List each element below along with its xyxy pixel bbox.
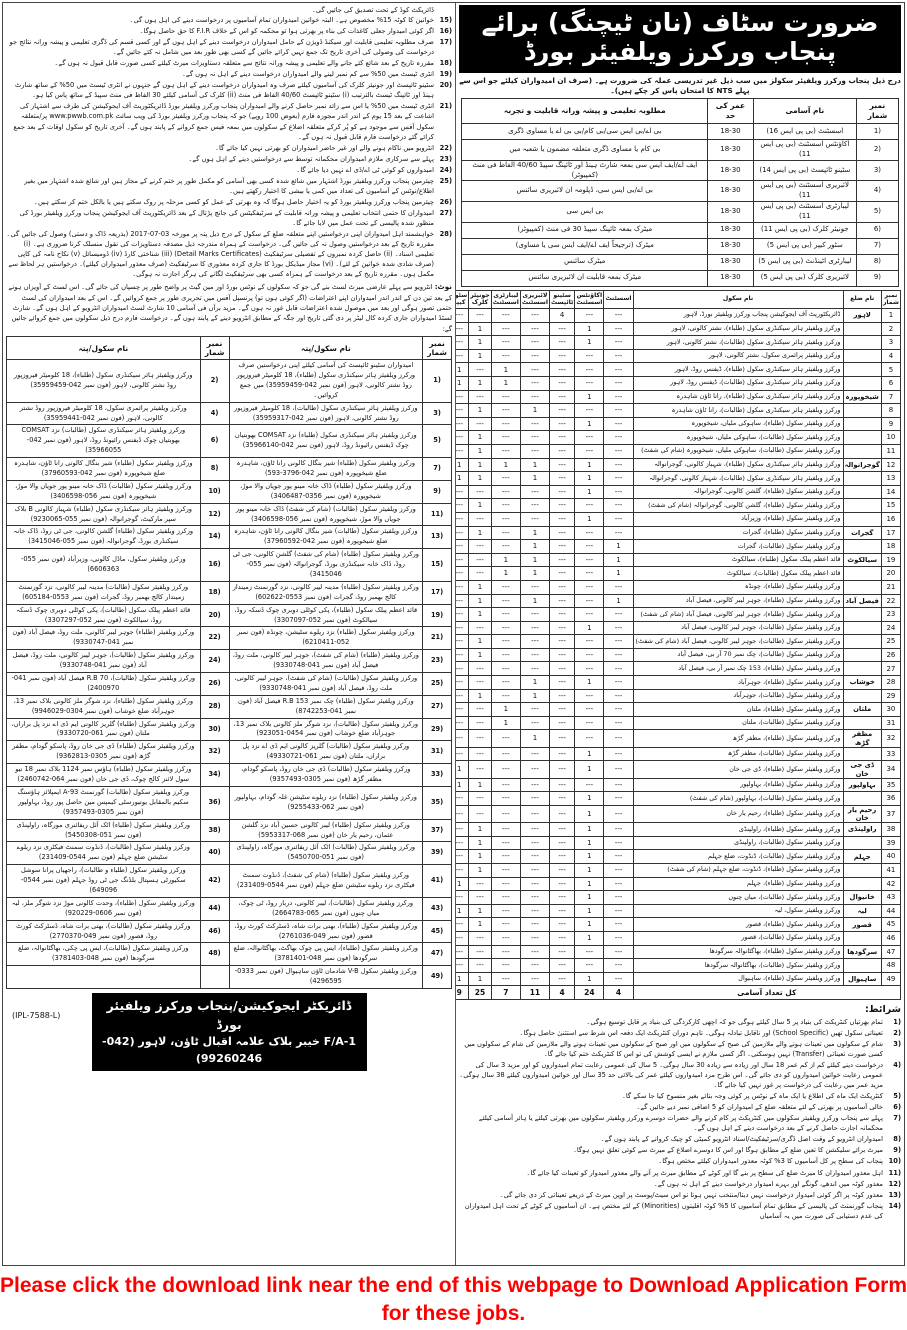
vac-count-4: --- (491, 850, 520, 864)
vacancy-row: 29ورکرز ویلفیئر سکول (طالبات)، جوہرآباد-… (455, 689, 901, 703)
vac-count-4: --- (491, 931, 520, 945)
left-column: ڈائریکٹ کوڈ کے تحت تصدیق کی جائیں گی۔ (1… (3, 3, 455, 1265)
vac-school: ورکرز ویلفیئر سکول (طالبات)، ڈنڈوت، ضلع … (633, 850, 843, 864)
conditions-list: (1تمام بھرتیاں کنٹریکٹ کی بنیاد پر 5 سال… (459, 1017, 901, 1221)
vac-count-1: 1 (575, 472, 604, 486)
vac-count-0: --- (604, 836, 633, 850)
vac-school: ورکرز ویلفیئر سکول (طلباء)، 153 چک نمبر … (633, 662, 843, 676)
vac-count-1: 1 (575, 972, 604, 986)
item-text: شام کے سکولوں میں تعینات ہونے والے ملازم… (459, 1039, 883, 1059)
addr-sr: (44 (200, 897, 229, 920)
addr-sr: (1 (423, 360, 452, 403)
vac-sr: 48 (881, 959, 900, 973)
vac-count-3: --- (520, 431, 549, 445)
vac-count-3: --- (520, 959, 549, 973)
addr-sr: (45 (423, 920, 452, 943)
post-qualification: میٹرک (ترجیحاً ایف اے/ایف ایس سی یا مساو… (462, 238, 708, 254)
addr-sr: (2 (200, 360, 229, 403)
post-age: 18-30 (708, 222, 753, 238)
school-address-table: نمبر شمارنام سکول/پتہنمبر شمارنام سکول/پ… (6, 336, 452, 989)
post-name: جونیئر کلرک (بی پی ایس 11) (753, 222, 857, 238)
vac-count-0: --- (604, 689, 633, 703)
vac-sr: 2 (881, 322, 900, 336)
vac-count-1: --- (575, 648, 604, 662)
vac-school: ورکرز ویلفیئر سکول (طلباء)، بھاگٹانوالہ … (633, 945, 843, 959)
vac-district (843, 836, 881, 850)
vac-count-5: 1 (469, 648, 492, 662)
post-qualification: میٹرک بمعہ ٹائپنگ سپیڈ 30 فی منٹ (کمپیوٹ… (462, 222, 708, 238)
vac-count-3: 1 (520, 594, 549, 608)
vac-school: ورکرز ویلفیئر سکول (طلباء)، ڈی جی خان (633, 761, 843, 778)
vac-count-2: --- (549, 850, 574, 864)
instruction-item: (19انٹری ٹیسٹ میں 50% سے کم نمبر لینے وا… (6, 69, 452, 79)
vacancy-row: 5ورکرز ویلفیئر ہائر سیکنڈری سکول (طلباء)… (455, 363, 901, 377)
vac-count-4: --- (491, 322, 520, 336)
vacancy-row: 42ورکرز ویلفیئر سکول (طلباء)، جہلم---1--… (455, 877, 901, 891)
post-age: 18-30 (708, 238, 753, 254)
vac-count-6: --- (455, 594, 469, 608)
item-text: تمام بھرتیاں کنٹریکٹ کی بنیاد پر 5 سال ک… (459, 1017, 883, 1027)
posts-header-row: نمبر شمارنام آسامیعمر کی حدمطلوبہ تعلیمی… (462, 98, 899, 123)
vac-count-5: --- (469, 703, 492, 717)
vac-count-4: --- (491, 778, 520, 792)
addr-sr: (18 (200, 581, 229, 604)
vac-school: ورکرز ویلفیئر پرائمری سکول، نشتر کالونی،… (633, 349, 843, 363)
addr-text: ورکرز ویلفیئر سکول (طلباء) چک نمبر R.B 1… (229, 695, 423, 718)
vac-count-1: --- (575, 444, 604, 458)
vac-count-1: 1 (575, 512, 604, 526)
vacancy-row: 21ورکرز ویلفیئر سکول (طلباء)، چونڈہ-----… (455, 580, 901, 594)
vac-school: ورکرز ویلفیئر سکول (طلباء)، ساہیوال (633, 972, 843, 986)
vac-count-1: --- (575, 349, 604, 363)
addr-sr: (29 (423, 718, 452, 741)
posts-header-qual: مطلوبہ تعلیمی و پیشہ ورانہ قابلیت و تجرب… (462, 98, 708, 123)
item-text: خالی آسامیوں پر بھرتی کے لئے متعلقہ ضلع … (459, 1102, 883, 1112)
vac-count-2: --- (549, 621, 574, 635)
vac-count-1: --- (575, 959, 604, 973)
vac-district (843, 662, 881, 676)
vacancy-row: 37رحیم یار خانورکرز ویلفیئر سکول (طلباء)… (455, 805, 901, 822)
vac-district (843, 608, 881, 622)
addr-sr: (15 (423, 549, 452, 582)
vac-count-2: --- (549, 761, 574, 778)
vac-count-5: 1 (469, 349, 492, 363)
vac-count-4: --- (491, 336, 520, 350)
address-row: (11ورکرز ویلفیئر سکول (طالبات) (شام کی ش… (7, 503, 452, 526)
vac-count-6: --- (455, 444, 469, 458)
vacancy-row: 25ورکرز ویلفیئر سکول (طالبات)، جوہر لیبر… (455, 635, 901, 649)
item-text: چیئرمین پنجاب ورکرز ویلفیئر بورڈ اشتہار … (6, 176, 434, 196)
addr-text: ورکرز ویلفیئر سکول (طلباء) مدینہ لیبر کا… (229, 581, 423, 604)
vac-total-count-2: 4 (549, 986, 574, 1000)
item-text: سٹینو ٹائپسٹ اور جونیئر کلرک کی آسامیوں … (6, 80, 434, 100)
vac-school: ورکرز ویلفیئر سکول (طالبات)، میاں چنوں (633, 891, 843, 905)
vacancy-row: 3ورکرز ویلفیئر ہائر سیکنڈری سکول (طالبات… (455, 336, 901, 350)
address-row: (41ورکرز ویلفیئر سکول (طلباء) (شام کی شف… (7, 865, 452, 898)
vac-count-6: --- (455, 730, 469, 747)
vac-school: ورکرز ویلفیئر سکول (طالبات)، بھاگٹانوالہ… (633, 959, 843, 973)
vac-count-1: --- (575, 309, 604, 323)
vac-count-4: --- (491, 512, 520, 526)
vac-school: ورکرز ویلفیئر سکول (طلباء)، رحیم یار خان (633, 805, 843, 822)
condition-item: (8امیدواران انٹرویو کے وقت اصل ڈگری/سرٹی… (459, 1134, 901, 1144)
vac-count-5: --- (469, 676, 492, 690)
vac-count-4: --- (491, 444, 520, 458)
vac-school: ورکرز ویلفیئر سکول (طالبات)، چک نمبر 70 … (633, 648, 843, 662)
vac-sr: 42 (881, 877, 900, 891)
vac-count-5: 1 (469, 972, 492, 986)
item-number: (17 (438, 37, 452, 57)
vac-count-2: --- (549, 891, 574, 905)
vac-count-0: --- (604, 877, 633, 891)
vac-count-4: 1 (491, 553, 520, 567)
vac-count-5: 1 (469, 458, 492, 472)
vac-count-2: --- (549, 322, 574, 336)
instruction-item: (28خواہشمند اہل امیدواران اپنی درخواستیں… (6, 229, 452, 279)
vac-sr: 28 (881, 676, 900, 690)
vac-total-count-1: 24 (575, 986, 604, 1000)
vacancy-row: 33ورکرز ویلفیئر سکول (طالبات)، مظفر گڑھ-… (455, 747, 901, 761)
vac-count-2: --- (549, 594, 574, 608)
address-row: (5ورکرز ویلفیئر ہائر سیکنڈری سکول (طلباء… (7, 425, 452, 458)
vac-school: ورکرز ویلفیئر سکول (طلباء)، گجرات (633, 526, 843, 540)
vac-count-0: --- (604, 499, 633, 513)
address-row: (3ورکرز ویلفیئر ہائر سیکنڈری سکول (طالبا… (7, 402, 452, 425)
conditions-section: شرائط: (1تمام بھرتیاں کنٹریکٹ کی بنیاد پ… (459, 1004, 901, 1221)
vac-count-6: --- (455, 805, 469, 822)
vac-count-5: --- (469, 553, 492, 567)
vac-district: بہاولپور (843, 778, 881, 792)
posts-row: (9لائبریری کلرک (بی پی ایس 5)18-30میٹرک … (462, 270, 899, 286)
post-qualification: بی کام یا مساوی ڈگری متعلقہ مضمون یا شعب… (462, 140, 708, 161)
item-number: (4 (887, 1060, 901, 1090)
vac-count-0: 1 (604, 567, 633, 581)
vac-count-3: --- (520, 485, 549, 499)
addr-text: ورکرز ویلفیئر سکول (طلباء)، بھتی برات شا… (229, 920, 423, 943)
item-number: (3 (887, 1039, 901, 1059)
vacancy-row: 45قصورورکرز ویلفیئر سکول (طلباء)، قصور--… (455, 918, 901, 932)
vac-count-3: 1 (520, 458, 549, 472)
vac-count-2: --- (549, 512, 574, 526)
vac-school: ورکرز ویلفیئر سکول (طلباء)، راولپنڈی (633, 823, 843, 837)
vac-count-4: --- (491, 891, 520, 905)
vac-district (843, 431, 881, 445)
vac-count-2: --- (549, 363, 574, 377)
vacancy-row: 34ڈی جی خانورکرز ویلفیئر سکول (طلباء)، ڈ… (455, 761, 901, 778)
vac-header-post-4: لیبارٹری اسسٹنٹ (491, 290, 520, 309)
vac-count-4: --- (491, 621, 520, 635)
vac-count-2: --- (549, 972, 574, 986)
vac-district (843, 512, 881, 526)
vac-school: ورکرز ویلفیئر سکول (طلباء)، مظفر گڑھ (633, 730, 843, 747)
address-row: (31ورکرز ویلفیئر سکول (طالبات) گلریز کال… (7, 741, 452, 764)
addr-text: ورکرز ویلفیئر سکول (طالبات)، R.B 70 فیصل… (7, 673, 201, 696)
vacancy-row: 4ورکرز ویلفیئر پرائمری سکول، نشتر کالونی… (455, 349, 901, 363)
vac-count-1: 1 (575, 336, 604, 350)
vac-count-4: --- (491, 747, 520, 761)
vac-count-6: --- (455, 526, 469, 540)
post-name: اکاؤنٹس اسسٹنٹ (بی پی ایس 11) (753, 140, 857, 161)
vac-school: ورکرز ویلفیئر سکول (طلباء)، بہاولپور (633, 778, 843, 792)
vac-count-6: 1 (455, 377, 469, 391)
vac-count-0: 1 (604, 553, 633, 567)
instruction-item: (22انٹرویو میں ناکام ہونے والے اور غیر ح… (6, 143, 452, 153)
vac-count-5: --- (469, 747, 492, 761)
post-sr: (1 (857, 124, 899, 140)
vacancy-row: 7شیخوپورہورکرز ویلفیئر ہائر سیکنڈری سکول… (455, 390, 901, 404)
vac-count-2: --- (549, 716, 574, 730)
vac-school: ورکرز ویلفیئر سکول (طلباء)، ڈنڈوت، ضلع ج… (633, 863, 843, 877)
vac-count-2: --- (549, 458, 574, 472)
vac-count-1: --- (575, 431, 604, 445)
addr-sr: (24 (200, 650, 229, 673)
post-age: 18-30 (708, 160, 753, 181)
vac-count-5: 1 (469, 336, 492, 350)
addr-sr: (8 (200, 458, 229, 481)
vac-count-6: --- (455, 891, 469, 905)
vac-count-1: --- (575, 730, 604, 747)
address-row: (1امیدواران سٹینو ٹائپسٹ کی آسامی کیلئے … (7, 360, 452, 403)
vac-count-1: 1 (575, 836, 604, 850)
vac-count-2: --- (549, 349, 574, 363)
vac-school: ورکرز ویلفیئر سکول (طالبات)، جوہر لیبر ک… (633, 635, 843, 649)
vac-school: ورکرز ویلفیئر ہائر سیکنڈری سکول (طالبات)… (633, 336, 843, 350)
vac-count-0: --- (604, 662, 633, 676)
vac-sr: 34 (881, 761, 900, 778)
vac-sr: 17 (881, 526, 900, 540)
vacancy-row: 43خانیوالورکرز ویلفیئر سکول (طالبات)، می… (455, 891, 901, 905)
advertisement-frame: ضرورت سٹاف (نان ٹیچنگ) برائے پنجاب ورکرز… (2, 2, 905, 1266)
addr-sr: (41 (423, 865, 452, 898)
vac-school: ورکرز ویلفیئر سکول (طلباء)، جوہر لیبر کا… (633, 608, 843, 622)
address-row: (47ورکرز ویلفیئر سکول (طلباء)، ایس پی چو… (7, 943, 452, 966)
vac-count-5: --- (469, 959, 492, 973)
addr-sr: (48 (200, 943, 229, 966)
posts-row: (6جونیئر کلرک (بی پی ایس 11)18-30میٹرک ب… (462, 222, 899, 238)
vac-count-4: --- (491, 689, 520, 703)
vac-district (843, 877, 881, 891)
vac-count-3: 1 (520, 404, 549, 418)
director-address-box: ڈائریکٹر ایجوکیشن/پنجاب ورکرز ویلفیئر بو… (92, 993, 367, 1072)
vac-count-6: --- (455, 792, 469, 806)
vac-count-1: 1 (575, 747, 604, 761)
vac-count-3: --- (520, 850, 549, 864)
item-number: (18 (438, 58, 452, 68)
vac-sr: 18 (881, 540, 900, 554)
condition-item: (5کنٹریکٹ ایک ماہ کی اطلاع یا ایک ماہ کے… (459, 1091, 901, 1101)
condition-item: (13معذور کوٹہ پر اگر کوئی امیدوار درخواس… (459, 1190, 901, 1200)
post-qualification: بی اے/بی ایس سی/بی کام/بی بی اے یا مساوی… (462, 124, 708, 140)
item-text: امیدواروں کو کوئی ٹی اے/ڈی اے نہیں دیا ج… (6, 165, 434, 175)
posts-header-post: نام آسامی (753, 98, 857, 123)
vac-header-post-6: سٹور کیپر (455, 290, 469, 309)
vac-count-4: 1 (491, 363, 520, 377)
vac-district: جہلم (843, 850, 881, 864)
vac-count-2: --- (549, 485, 574, 499)
vac-count-3: --- (520, 499, 549, 513)
addr-sr: (34 (200, 764, 229, 787)
addr-sr: (7 (423, 458, 452, 481)
addr-sr: (49 (423, 966, 452, 989)
vac-count-0: --- (604, 444, 633, 458)
addr-text: ورکرز ویلفیئر ہائر سیکنڈری سکول (طلباء) … (229, 425, 423, 458)
vac-count-3: --- (520, 377, 549, 391)
vacancy-row: 31ورکرز ویلفیئر سکول (طالبات)، ملتان----… (455, 716, 901, 730)
vac-sr: 14 (881, 485, 900, 499)
vac-count-0: --- (604, 608, 633, 622)
vac-count-5: 1 (469, 823, 492, 837)
vac-header-post-0: اسسٹنٹ (604, 290, 633, 309)
vac-count-0: --- (604, 336, 633, 350)
vac-district: ساہیوال (843, 972, 881, 986)
item-number: (26 (438, 197, 452, 207)
vac-count-5: 1 (469, 594, 492, 608)
vac-district (843, 567, 881, 581)
addr-text: ورکرز ویلفیئر سکول (طلباء) شیر بنگال کال… (7, 458, 201, 481)
vacancy-header-row: نمبر شمارنام ضلعنام سکولاسسٹنٹاکاؤنٹس اس… (455, 290, 901, 309)
vac-count-1: 1 (575, 823, 604, 837)
address-row: (21ورکرز ویلفیئر سکول (طلباء) نزد ریلوے … (7, 627, 452, 650)
vac-count-0: --- (604, 761, 633, 778)
vac-count-5: --- (469, 792, 492, 806)
instruction-item: (24امیدواروں کو کوئی ٹی اے/ڈی اے نہیں دی… (6, 165, 452, 175)
addr-sr: (21 (423, 627, 452, 650)
vac-count-4: --- (491, 863, 520, 877)
vacancy-row: 20قائد اعظم پبلک سکول (طالبات)، سیالکوٹ1… (455, 567, 901, 581)
vac-count-0: --- (604, 972, 633, 986)
vacancy-row: 46ورکرز ویلفیئر سکول (طالبات)، قصور---1-… (455, 931, 901, 945)
vac-count-3: --- (520, 662, 549, 676)
vac-district: ملتان (843, 703, 881, 717)
vac-school: ورکرز ویلفیئر سکول (طلباء)، گلشن کالونی،… (633, 499, 843, 513)
vac-count-0: --- (604, 648, 633, 662)
vac-total-count-6: 9 (455, 986, 469, 1000)
vac-count-5: --- (469, 512, 492, 526)
ad-title-banner: ضرورت سٹاف (نان ٹیچنگ) برائے پنجاب ورکرز… (459, 5, 901, 73)
vac-school: ورکرز ویلفیئر سکول (طلباء)، قصور (633, 918, 843, 932)
item-text: پہلے سے سرکاری ملازم امیدواران محکمانہ ت… (6, 154, 434, 164)
item-text: انٹرویو میں ناکام ہونے والے اور غیر حاضر… (6, 143, 434, 153)
addr-text: ورکرز ویلفیئر ہائر سیکنڈری سکول (طالبات)… (229, 402, 423, 425)
addr-sr (200, 966, 229, 989)
vac-count-2: --- (549, 877, 574, 891)
vac-district: سیالکوٹ (843, 553, 881, 567)
vac-district: سرگودھا (843, 945, 881, 959)
addr-text: ورکرز ویلفیئر سکول (طلباء) نزد ریلوے سٹی… (229, 786, 423, 819)
address-row: (33ورکرز ویلفیئر سکول (طالبات) ڈی جی خان… (7, 764, 452, 787)
item-text: مقررہ تاریخ کے بعد شائع کئے جانے والے تع… (6, 58, 434, 68)
addr-text: ورکرز ویلفیئر سکول، ماڈل کالونی، وزیرآبا… (7, 549, 201, 582)
condition-item: (9میرٹ برائے سلیکشن کا تعین ضلع کے مطابق… (459, 1145, 901, 1155)
instruction-item: (15خواتین کا کوٹہ 15% مخصوص ہے۔ البتہ خو… (6, 15, 452, 25)
vac-district: گوجرانوالہ (843, 458, 881, 472)
vac-count-3: 1 (520, 526, 549, 540)
vac-count-3: --- (520, 309, 549, 323)
vac-count-1: 1 (575, 918, 604, 932)
posts-row: (5لیبارٹری اسسٹنٹ (بی پی ایس 11)18-30بی … (462, 201, 899, 222)
vac-count-3: --- (520, 972, 549, 986)
vac-sr: 6 (881, 377, 900, 391)
instruction-item: (17صرف مطلوبہ تعلیمی قابلیت اور سیکنڈ ڈو… (6, 37, 452, 57)
addr-text: ورکرز ویلفیئر پرائمری سکول، 18 کلومیٹر ف… (7, 402, 201, 425)
vac-header-school: نام سکول (633, 290, 843, 309)
vac-count-3: --- (520, 703, 549, 717)
vac-count-1: --- (575, 404, 604, 418)
item-number: (13 (887, 1190, 901, 1200)
continued-text-line: ڈائریکٹ کوڈ کے تحت تصدیق کی جائیں گی۔ (6, 5, 452, 15)
vac-count-6: --- (455, 390, 469, 404)
address-row: (37ورکرز ویلفیئر سکول (طلباء) لیبر کالون… (7, 819, 452, 842)
vac-count-6: --- (455, 662, 469, 676)
vac-count-0: --- (604, 959, 633, 973)
post-sr: (6 (857, 222, 899, 238)
vac-sr: 13 (881, 472, 900, 486)
item-number: (1 (887, 1017, 901, 1027)
address-row: (15ورکرز ویلفیئر سکول (طلباء) (شام کی شف… (7, 549, 452, 582)
vac-sr: 15 (881, 499, 900, 513)
vac-total-count-5: 25 (469, 986, 492, 1000)
vac-count-1: --- (575, 553, 604, 567)
vac-count-6: --- (455, 635, 469, 649)
vac-school: ورکرز ویلفیئر ہائر سیکنڈری سکول (طلباء)،… (633, 390, 843, 404)
vac-sr: 35 (881, 778, 900, 792)
addr-text: ورکرز ویلفیئر سکول (طلباء) ہاؤس نمبر 112… (7, 764, 201, 787)
vac-sr: 33 (881, 747, 900, 761)
vac-sr: 11 (881, 444, 900, 458)
vac-count-3: --- (520, 349, 549, 363)
vac-count-2: --- (549, 863, 574, 877)
vac-count-0: --- (604, 850, 633, 864)
address-row: (29ورکرز ویلفیئر سکول (طالبات)، نزد شوگر… (7, 718, 452, 741)
vac-school: ورکرز ویلفیئر سکول (طالبات)، راولپنڈی (633, 836, 843, 850)
vac-count-5: 1 (469, 404, 492, 418)
vac-district (843, 485, 881, 499)
vac-district (843, 792, 881, 806)
vac-count-1: --- (575, 608, 604, 622)
item-number: (9 (887, 1145, 901, 1155)
vac-sr: 10 (881, 431, 900, 445)
vac-count-2: --- (549, 499, 574, 513)
condition-item: (7پہلے سے پنجاب ورکرز ویلفیئر سکولوں میں… (459, 1113, 901, 1133)
vac-header-post-5: جونیئر کلرک (469, 290, 492, 309)
vacancy-row: 39ورکرز ویلفیئر سکول (طالبات)، راولپنڈی-… (455, 836, 901, 850)
posts-qualification-table: نمبر شمارنام آسامیعمر کی حدمطلوبہ تعلیمی… (461, 98, 899, 287)
vac-count-2: --- (549, 747, 574, 761)
address-row: (27ورکرز ویلفیئر سکول (طلباء) چک نمبر R.… (7, 695, 452, 718)
vac-district: گجرات (843, 526, 881, 540)
vac-count-0: --- (604, 512, 633, 526)
address-row: (43ورکرز ویلفیئر سکول (طالبات)، لیبر کال… (7, 897, 452, 920)
addr-text: ورکرز ویلفیئر سکول (طالبات)، ڈنڈوت سمنٹ … (7, 842, 201, 865)
item-number: (23 (438, 154, 452, 164)
vac-header-district: نام ضلع (843, 290, 881, 309)
vac-count-4: 1 (491, 703, 520, 717)
address-row: (35ورکرز ویلفیئر سکول (طلباء) نزد ریلوے … (7, 786, 452, 819)
vac-count-6: --- (455, 689, 469, 703)
vac-count-2: --- (549, 836, 574, 850)
vac-count-4: --- (491, 635, 520, 649)
vac-count-1: 1 (575, 792, 604, 806)
vac-count-2: --- (549, 390, 574, 404)
vac-count-1: --- (575, 567, 604, 581)
vac-count-2: --- (549, 778, 574, 792)
address-header-row: نمبر شمارنام سکول/پتہنمبر شمارنام سکول/پ… (7, 337, 452, 360)
vac-sr: 41 (881, 863, 900, 877)
vac-sr: 37 (881, 805, 900, 822)
vac-count-5: 1 (469, 863, 492, 877)
vac-count-3: --- (520, 363, 549, 377)
vac-count-0: --- (604, 863, 633, 877)
